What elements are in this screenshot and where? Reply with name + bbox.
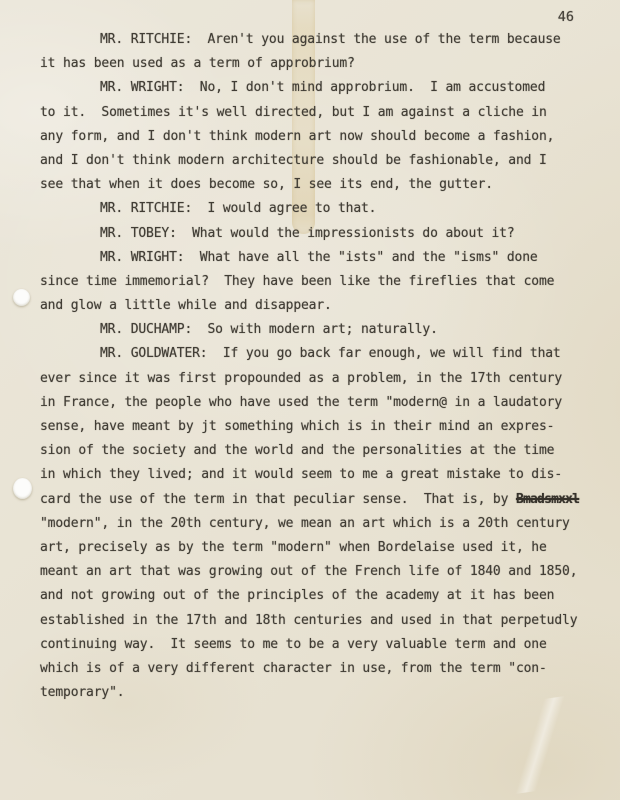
typewritten-line: "modern", in the 20th century, we mean a… (40, 512, 600, 536)
typewritten-line: and not growing out of the principles of… (40, 584, 600, 608)
line-text: card the use of the term in that peculia… (40, 492, 516, 507)
document-page: 46 MR. RITCHIE: Aren't you against the u… (0, 0, 620, 800)
typewritten-line: it has been used as a term of approbrium… (40, 52, 600, 76)
typewritten-line: sense, have meant by jt something which … (40, 415, 600, 439)
typewritten-line: MR. GOLDWATER: If you go back far enough… (40, 342, 600, 366)
typewritten-line: temporary". (40, 681, 600, 705)
typewritten-line: and glow a little while and disappear. (40, 294, 600, 318)
typewritten-line: established in the 17th and 18th centuri… (40, 609, 600, 633)
typewritten-line: meant an art that was growing out of the… (40, 560, 600, 584)
typewritten-line: to it. Sometimes it's well directed, but… (40, 101, 600, 125)
typewritten-line: since time immemorial? They have been li… (40, 270, 600, 294)
typewritten-line: which is of a very different character i… (40, 657, 600, 681)
punch-hole (13, 478, 32, 499)
typewritten-line: MR. TOBEY: What would the impressionists… (40, 222, 600, 246)
typewritten-line: and I don't think modern architecture sh… (40, 149, 600, 173)
typewritten-line: see that when it does become so, I see i… (40, 173, 600, 197)
typewritten-line: MR. WRIGHT: No, I don't mind approbrium.… (40, 76, 600, 100)
typewritten-line: MR. WRIGHT: What have all the "ists" and… (40, 246, 600, 270)
typewritten-line: ever since it was first propounded as a … (40, 367, 600, 391)
page-number: 46 (558, 9, 574, 25)
typewritten-line: in France, the people who have used the … (40, 391, 600, 415)
typewritten-line: MR. RITCHIE: Aren't you against the use … (40, 28, 600, 52)
struck-out-word: Bmadsmxxl (516, 492, 579, 507)
typewritten-line: MR. DUCHAMP: So with modern art; natural… (40, 318, 600, 342)
typewritten-line: art, precisely as by the term "modern" w… (40, 536, 600, 560)
typewritten-line: sion of the society and the world and th… (40, 439, 600, 463)
typewritten-line: any form, and I don't think modern art n… (40, 125, 600, 149)
typewritten-line: continuing way. It seems to me to be a v… (40, 633, 600, 657)
typewritten-line: MR. RITCHIE: I would agree to that. (40, 197, 600, 221)
typewritten-line: in which they lived; and it would seem t… (40, 463, 600, 487)
typewritten-line: card the use of the term in that peculia… (40, 488, 600, 512)
transcript-text: MR. RITCHIE: Aren't you against the use … (40, 28, 600, 705)
punch-hole (13, 289, 30, 306)
